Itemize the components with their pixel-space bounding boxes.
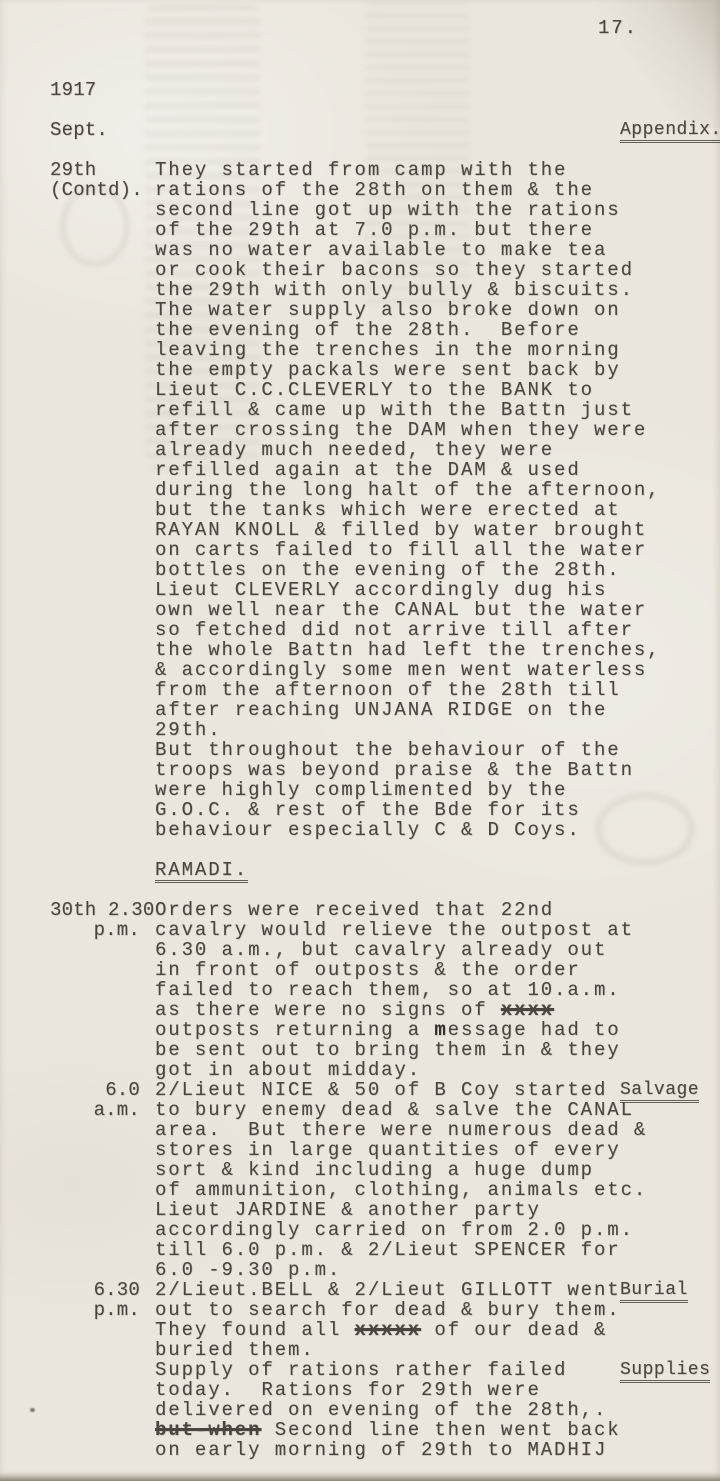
margin-label <box>615 240 720 260</box>
date-cell <box>0 1200 155 1220</box>
diary-row: 6.0 -9.30 p.m. <box>0 1260 720 1280</box>
diary-entries: 1917Sept.Appendix.29thThey started from … <box>0 80 720 1460</box>
date-cell: 29th <box>0 160 155 180</box>
typed-text: the 29th with only bully & biscuits. <box>155 279 634 301</box>
date-cell <box>0 1040 155 1060</box>
margin-label <box>615 440 720 460</box>
margin-label <box>615 380 720 400</box>
date-cell <box>0 660 155 680</box>
entry-text-line: stores in large quantities of every <box>155 1140 615 1160</box>
typed-text: in front of outposts & the order <box>155 959 581 981</box>
margin-label <box>615 320 720 340</box>
date-cell: (Contd). <box>0 180 155 200</box>
margin-label <box>615 640 720 660</box>
diary-row: Supply of rations rather failedSupplies <box>0 1360 720 1380</box>
diary-row: but the tanks which were erected at <box>0 500 720 520</box>
date-cell <box>0 320 155 340</box>
overstruck-text: xxxx <box>501 999 554 1021</box>
diary-row: was no water available to make tea <box>0 240 720 260</box>
typed-text: bottles on the evening of the 28th. <box>155 559 621 581</box>
date-cell <box>0 360 155 380</box>
diary-row: in front of outposts & the order <box>0 960 720 980</box>
typed-text: on carts failed to fill all the water <box>155 539 647 561</box>
date-cell <box>0 380 155 400</box>
diary-row: be sent out to bring them in & they <box>0 1040 720 1060</box>
diary-row: Lieut CLEVERLY accordingly dug his <box>0 580 720 600</box>
date-cell <box>0 1220 155 1240</box>
date-cell: a.m. <box>0 1100 155 1120</box>
entry-text-line: 29th. <box>155 720 615 740</box>
typed-text: They started from camp with the <box>155 159 567 181</box>
typed-text: 29th. <box>155 719 222 741</box>
entry-text-line: after reaching UNJANA RIDGE on the <box>155 700 615 720</box>
entry-text-line: till 6.0 p.m. & 2/Lieut SPENCER for <box>155 1240 615 1260</box>
typed-text: of the 29th at 7.0 p.m. but there <box>155 219 594 241</box>
margin-label <box>615 680 720 700</box>
margin-label <box>615 1420 720 1440</box>
date-cell <box>0 940 155 960</box>
entry-text-line: from the afternoon of the 28th till <box>155 680 615 700</box>
entry-text-line: of ammunition, clothing, animals etc. <box>155 1180 615 1200</box>
typed-text: after crossing the DAM when they were <box>155 419 647 441</box>
date-cell: p.m. <box>0 1300 155 1320</box>
diary-row: of ammunition, clothing, animals etc. <box>0 1180 720 1200</box>
margin-label <box>615 360 720 380</box>
diary-row: delivered on evening of the 28th,. <box>0 1400 720 1420</box>
diary-row: They found all xxxxx of our dead & <box>0 1320 720 1340</box>
typed-text: 6.30 a.m., but cavalry already out <box>155 939 607 961</box>
diary-row: on early morning of 29th to MADHIJ <box>0 1440 720 1460</box>
diary-row: already much needed, they were <box>0 440 720 460</box>
margin-label <box>615 200 720 220</box>
typed-text: troops was beyond praise & the Battn <box>155 759 634 781</box>
diary-row: own well near the CANAL but the water <box>0 600 720 620</box>
margin-label <box>615 300 720 320</box>
diary-row: after crossing the DAM when they were <box>0 420 720 440</box>
margin-label <box>615 1180 720 1200</box>
entry-text-line: refill & came up with the Battn just <box>155 400 615 420</box>
diary-row: (Contd).rations of the 28th on them & th… <box>0 180 720 200</box>
diary-row: Lieut C.C.CLEVERLY to the BANK to <box>0 380 720 400</box>
entry-text-line: so fetched did not arrive till after <box>155 620 615 640</box>
margin-label <box>615 1160 720 1180</box>
typed-text: already much needed, they were <box>155 439 554 461</box>
typed-text: own well near the CANAL but the water <box>155 599 647 621</box>
typed-text: got in about midday. <box>155 1059 421 1081</box>
entry-text-line: cavalry would relieve the outpost at <box>155 920 615 940</box>
diary-row: 6.302/Lieut.BELL & 2/Lieut GILLOTT wentB… <box>0 1280 720 1300</box>
entry-text-line: delivered on evening of the 28th,. <box>155 1400 615 1420</box>
diary-row: 29th. <box>0 720 720 740</box>
typed-text: refill & came up with the Battn just <box>155 399 634 421</box>
margin-label <box>615 1440 720 1460</box>
margin-label <box>615 140 720 160</box>
date-cell <box>0 1020 155 1040</box>
date-cell <box>0 440 155 460</box>
diary-row: but-when Second line then went back <box>0 1420 720 1440</box>
margin-label: Supplies <box>615 1360 720 1380</box>
typed-text: of ammunition, clothing, animals etc. <box>155 1179 647 1201</box>
typed-text: outposts returning a <box>155 1019 434 1041</box>
entry-text-line: today. Rations for 29th were <box>155 1380 615 1400</box>
diary-row: the whole Battn had left the trenches, <box>0 640 720 660</box>
diary-row: leaving the trenches in the morning <box>0 340 720 360</box>
date-cell <box>0 1140 155 1160</box>
diary-row: today. Rations for 29th were <box>0 1380 720 1400</box>
date-cell: 6.0 <box>0 1080 155 1100</box>
entry-text-line: was no water available to make tea <box>155 240 615 260</box>
typed-text: m <box>434 1019 447 1041</box>
entry-text-line: Lieut JARDINE & another party <box>155 1200 615 1220</box>
typed-text: refilled again at the DAM & used <box>155 459 581 481</box>
margin-label <box>615 180 720 200</box>
margin-label <box>615 780 720 800</box>
date-cell <box>0 140 155 160</box>
typed-text: be sent out to bring them in & they <box>155 1039 621 1061</box>
diary-row: behaviour especially C & D Coys. <box>0 820 720 840</box>
margin-label <box>615 820 720 840</box>
diary-row <box>0 100 720 120</box>
typed-text: delivered on evening of the 28th,. <box>155 1399 607 1421</box>
typed-text: the evening of the 28th. Before <box>155 319 581 341</box>
typed-text: as there were no signs of <box>155 999 501 1021</box>
entry-text-line: rations of the 28th on them & the <box>155 180 615 200</box>
entry-text-line: were highly complimented by the <box>155 780 615 800</box>
date-cell <box>0 640 155 660</box>
diary-row: Sept.Appendix. <box>0 120 720 140</box>
margin-label <box>615 480 720 500</box>
diary-row: & accordingly some men went waterless <box>0 660 720 680</box>
entry-text-line: leaving the trenches in the morning <box>155 340 615 360</box>
entry-text-line: Orders were received that 22nd <box>155 900 615 920</box>
entry-text-line: troops was beyond praise & the Battn <box>155 760 615 780</box>
diary-row: 6.30 a.m., but cavalry already out <box>0 940 720 960</box>
margin-label <box>615 740 720 760</box>
entry-text-line: They started from camp with the <box>155 160 615 180</box>
diary-row: 29thThey started from camp with the <box>0 160 720 180</box>
date-cell <box>0 540 155 560</box>
margin-label <box>615 860 720 880</box>
margin-label <box>615 1020 720 1040</box>
overstruck-text: but-when <box>155 1419 261 1441</box>
date-cell <box>0 740 155 760</box>
date-cell <box>0 620 155 640</box>
margin-label <box>615 1100 720 1120</box>
typed-text: essage had to <box>448 1019 621 1041</box>
date-cell <box>0 760 155 780</box>
typed-text: from the afternoon of the 28th till <box>155 679 621 701</box>
date-cell <box>0 560 155 580</box>
date-cell: 1917 <box>0 80 155 100</box>
entry-text-line: on early morning of 29th to MADHIJ <box>155 1440 615 1460</box>
date-cell <box>0 420 155 440</box>
diary-row: bottles on the evening of the 28th. <box>0 560 720 580</box>
date-cell <box>0 1160 155 1180</box>
date-cell <box>0 780 155 800</box>
diary-row: RAMADI. <box>0 860 720 880</box>
margin-label <box>615 800 720 820</box>
typed-text: failed to reach them, so at 10.a.m. <box>155 979 621 1001</box>
diary-row: as there were no signs of xxxx <box>0 1000 720 1020</box>
diary-row <box>0 140 720 160</box>
entry-text-line: behaviour especially C & D Coys. <box>155 820 615 840</box>
margin-label <box>615 100 720 120</box>
typed-text: or cook their bacons so they started <box>155 259 634 281</box>
typed-text: today. Rations for 29th were <box>155 1379 541 1401</box>
diary-row: during the long halt of the afternoon, <box>0 480 720 500</box>
margin-label <box>615 1320 720 1340</box>
entry-text-line: already much needed, they were <box>155 440 615 460</box>
entry-text-line: got in about midday. <box>155 1060 615 1080</box>
margin-label <box>615 560 720 580</box>
margin-label <box>615 1040 720 1060</box>
diary-row: were highly complimented by the <box>0 780 720 800</box>
date-cell <box>0 1240 155 1260</box>
margin-label <box>615 1000 720 1020</box>
entry-text-line: the evening of the 28th. Before <box>155 320 615 340</box>
entry-text-line: second line got up with the rations <box>155 200 615 220</box>
typed-text: out to search for dead & bury them. <box>155 1299 621 1321</box>
margin-label <box>615 960 720 980</box>
entry-text-line: sort & kind including a huge dump <box>155 1160 615 1180</box>
typed-text: the empty packals were sent back by <box>155 359 621 381</box>
diary-row: area. But there were numerous dead & <box>0 1120 720 1140</box>
margin-label <box>615 580 720 600</box>
entry-text-line: buried them. <box>155 1340 615 1360</box>
diary-row: so fetched did not arrive till after <box>0 620 720 640</box>
margin-label <box>615 260 720 280</box>
margin-label <box>615 760 720 780</box>
diary-row: second line got up with the rations <box>0 200 720 220</box>
diary-row: 6.02/Lieut NICE & 50 of B Coy startedSal… <box>0 1080 720 1100</box>
diary-row: refill & came up with the Battn just <box>0 400 720 420</box>
margin-label <box>615 620 720 640</box>
margin-label <box>615 1260 720 1280</box>
margin-label <box>615 1380 720 1400</box>
diary-row: Lieut JARDINE & another party <box>0 1200 720 1220</box>
typed-text: was no water available to make tea <box>155 239 607 261</box>
typed-text: so fetched did not arrive till after <box>155 619 634 641</box>
entry-text-line: of the 29th at 7.0 p.m. but there <box>155 220 615 240</box>
margin-label <box>615 1400 720 1420</box>
date-cell <box>0 580 155 600</box>
diary-row: a.m.to bury enemy dead & salve the CANAL <box>0 1100 720 1120</box>
date-cell <box>0 1320 155 1340</box>
diary-row: failed to reach them, so at 10.a.m. <box>0 980 720 1000</box>
date-cell <box>0 300 155 320</box>
diary-row: the evening of the 28th. Before <box>0 320 720 340</box>
diary-row: sort & kind including a huge dump <box>0 1160 720 1180</box>
margin-label <box>615 280 720 300</box>
page-number: 17. <box>598 17 638 39</box>
entry-text-line <box>155 120 615 140</box>
margin-label <box>615 1220 720 1240</box>
entry-text-line: area. But there were numerous dead & <box>155 1120 615 1140</box>
typed-text: They found all <box>155 1319 355 1341</box>
margin-label <box>615 80 720 100</box>
date-cell <box>0 240 155 260</box>
page-bottom-edge <box>0 1472 720 1481</box>
typed-text: second line got up with the rations <box>155 199 621 221</box>
typed-text: area. But there were numerous dead & <box>155 1119 647 1141</box>
typed-text: the whole Battn had left the trenches, <box>155 639 660 661</box>
diary-row: 1917 <box>0 80 720 100</box>
date-cell: 6.30 <box>0 1280 155 1300</box>
entry-text-line: The water supply also broke down on <box>155 300 615 320</box>
diary-row: troops was beyond praise & the Battn <box>0 760 720 780</box>
margin-label <box>615 920 720 940</box>
diary-row: from the afternoon of the 28th till <box>0 680 720 700</box>
date-cell <box>0 1400 155 1420</box>
typed-text: rations of the 28th on them & the <box>155 179 594 201</box>
entry-text-line: But throughout the behaviour of the <box>155 740 615 760</box>
margin-label <box>615 720 720 740</box>
margin-label <box>615 500 720 520</box>
entry-text-line: out to search for dead & bury them. <box>155 1300 615 1320</box>
diary-row <box>0 840 720 860</box>
entry-text-line: the 29th with only bully & biscuits. <box>155 280 615 300</box>
typed-text: Lieut C.C.CLEVERLY to the BANK to <box>155 379 594 401</box>
entry-text-line: failed to reach them, so at 10.a.m. <box>155 980 615 1000</box>
entry-text-line: RAMADI. <box>155 860 615 880</box>
margin-label <box>615 1140 720 1160</box>
typed-text: behaviour especially C & D Coys. <box>155 819 581 841</box>
margin-label <box>615 600 720 620</box>
date-cell <box>0 400 155 420</box>
diary-row: after reaching UNJANA RIDGE on the <box>0 700 720 720</box>
date-cell <box>0 960 155 980</box>
entry-text-line: They found all xxxxx of our dead & <box>155 1320 615 1340</box>
diary-row: refilled again at the DAM & used <box>0 460 720 480</box>
entry-text-line <box>155 80 615 100</box>
date-cell <box>0 520 155 540</box>
date-cell <box>0 880 155 900</box>
margin-label <box>615 520 720 540</box>
entry-text-line <box>155 100 615 120</box>
date-cell: 30th 2.30 <box>0 900 155 920</box>
entry-text-line: outposts returning a message had to <box>155 1020 615 1040</box>
date-cell <box>0 200 155 220</box>
typed-text: 2/Lieut.BELL & 2/Lieut GILLOTT went <box>155 1279 621 1301</box>
date-cell <box>0 1060 155 1080</box>
date-cell <box>0 820 155 840</box>
margin-label: Burial <box>615 1280 720 1300</box>
date-cell <box>0 680 155 700</box>
typed-text: buried them. <box>155 1339 315 1361</box>
entry-text-line: accordingly carried on from 2.0 p.m. <box>155 1220 615 1240</box>
entry-text-line <box>155 140 615 160</box>
margin-label <box>615 540 720 560</box>
margin-label <box>615 340 720 360</box>
typed-text: sort & kind including a huge dump <box>155 1159 594 1181</box>
date-cell <box>0 840 155 860</box>
margin-label <box>615 1340 720 1360</box>
diary-row: on carts failed to fill all the water <box>0 540 720 560</box>
margin-label <box>615 980 720 1000</box>
entry-text-line: the empty packals were sent back by <box>155 360 615 380</box>
typed-text: Orders were received that 22nd <box>155 899 554 921</box>
date-cell <box>0 1420 155 1440</box>
typed-text: G.O.C. & rest of the Bde for its <box>155 799 581 821</box>
entry-text-line: G.O.C. & rest of the Bde for its <box>155 800 615 820</box>
margin-label <box>615 460 720 480</box>
diary-row: the empty packals were sent back by <box>0 360 720 380</box>
typed-text: Second line then went back <box>261 1419 620 1441</box>
typed-text: till 6.0 p.m. & 2/Lieut SPENCER for <box>155 1239 621 1261</box>
diary-row: outposts returning a message had to <box>0 1020 720 1040</box>
margin-label <box>615 700 720 720</box>
typed-text: to bury enemy dead & salve the CANAL <box>155 1099 634 1121</box>
margin-label <box>615 160 720 180</box>
date-cell <box>0 500 155 520</box>
entry-text-line: & accordingly some men went waterless <box>155 660 615 680</box>
diary-row <box>0 880 720 900</box>
date-cell <box>0 1440 155 1460</box>
margin-label <box>615 1120 720 1140</box>
margin-label <box>615 880 720 900</box>
entry-text-line: 6.0 -9.30 p.m. <box>155 1260 615 1280</box>
date-cell <box>0 260 155 280</box>
entry-text-line: Lieut C.C.CLEVERLY to the BANK to <box>155 380 615 400</box>
margin-label <box>615 220 720 240</box>
date-cell <box>0 860 155 880</box>
date-cell <box>0 800 155 820</box>
margin-label <box>615 1300 720 1320</box>
entry-text-line: be sent out to bring them in & they <box>155 1040 615 1060</box>
typed-text: of our dead & <box>421 1319 607 1341</box>
diary-row: accordingly carried on from 2.0 p.m. <box>0 1220 720 1240</box>
entry-text-line: Supply of rations rather failed <box>155 1360 615 1380</box>
diary-row: stores in large quantities of every <box>0 1140 720 1160</box>
ink-speck <box>30 1408 35 1412</box>
diary-row: The water supply also broke down on <box>0 300 720 320</box>
typed-text: But throughout the behaviour of the <box>155 739 621 761</box>
date-cell <box>0 340 155 360</box>
diary-row: got in about midday. <box>0 1060 720 1080</box>
entry-text-line: but the tanks which were erected at <box>155 500 615 520</box>
diary-row: p.m.out to search for dead & bury them. <box>0 1300 720 1320</box>
typed-text: The water supply also broke down on <box>155 299 621 321</box>
diary-row: RAYAN KNOLL & filled by water brought <box>0 520 720 540</box>
entry-text-line: refilled again at the DAM & used <box>155 460 615 480</box>
entry-text-line: 6.30 a.m., but cavalry already out <box>155 940 615 960</box>
diary-row: 30th 2.30Orders were received that 22nd <box>0 900 720 920</box>
diary-row: G.O.C. & rest of the Bde for its <box>0 800 720 820</box>
margin-label: Appendix. <box>615 120 720 140</box>
entry-text-line: 2/Lieut.BELL & 2/Lieut GILLOTT went <box>155 1280 615 1300</box>
entry-text-line: in front of outposts & the order <box>155 960 615 980</box>
typed-text: stores in large quantities of every <box>155 1139 621 1161</box>
entry-text-line: to bury enemy dead & salve the CANAL <box>155 1100 615 1120</box>
overstruck-text: xxxxx <box>355 1319 422 1341</box>
date-cell: p.m. <box>0 920 155 940</box>
entry-text-line: during the long halt of the afternoon, <box>155 480 615 500</box>
entry-text-line: Lieut CLEVERLY accordingly dug his <box>155 580 615 600</box>
typed-text: during the long halt of the afternoon, <box>155 479 660 501</box>
margin-label: Salvage <box>615 1080 720 1100</box>
entry-text-line: the whole Battn had left the trenches, <box>155 640 615 660</box>
typed-text: RAYAN KNOLL & filled by water brought <box>155 519 647 541</box>
margin-label <box>615 900 720 920</box>
typed-text: & accordingly some men went waterless <box>155 659 647 681</box>
typed-text: Supply of rations rather failed <box>155 1359 567 1381</box>
date-cell <box>0 980 155 1000</box>
entry-text-line <box>155 880 615 900</box>
date-cell <box>0 1360 155 1380</box>
typed-text: Lieut JARDINE & another party <box>155 1199 541 1221</box>
date-cell <box>0 1340 155 1360</box>
date-cell <box>0 460 155 480</box>
